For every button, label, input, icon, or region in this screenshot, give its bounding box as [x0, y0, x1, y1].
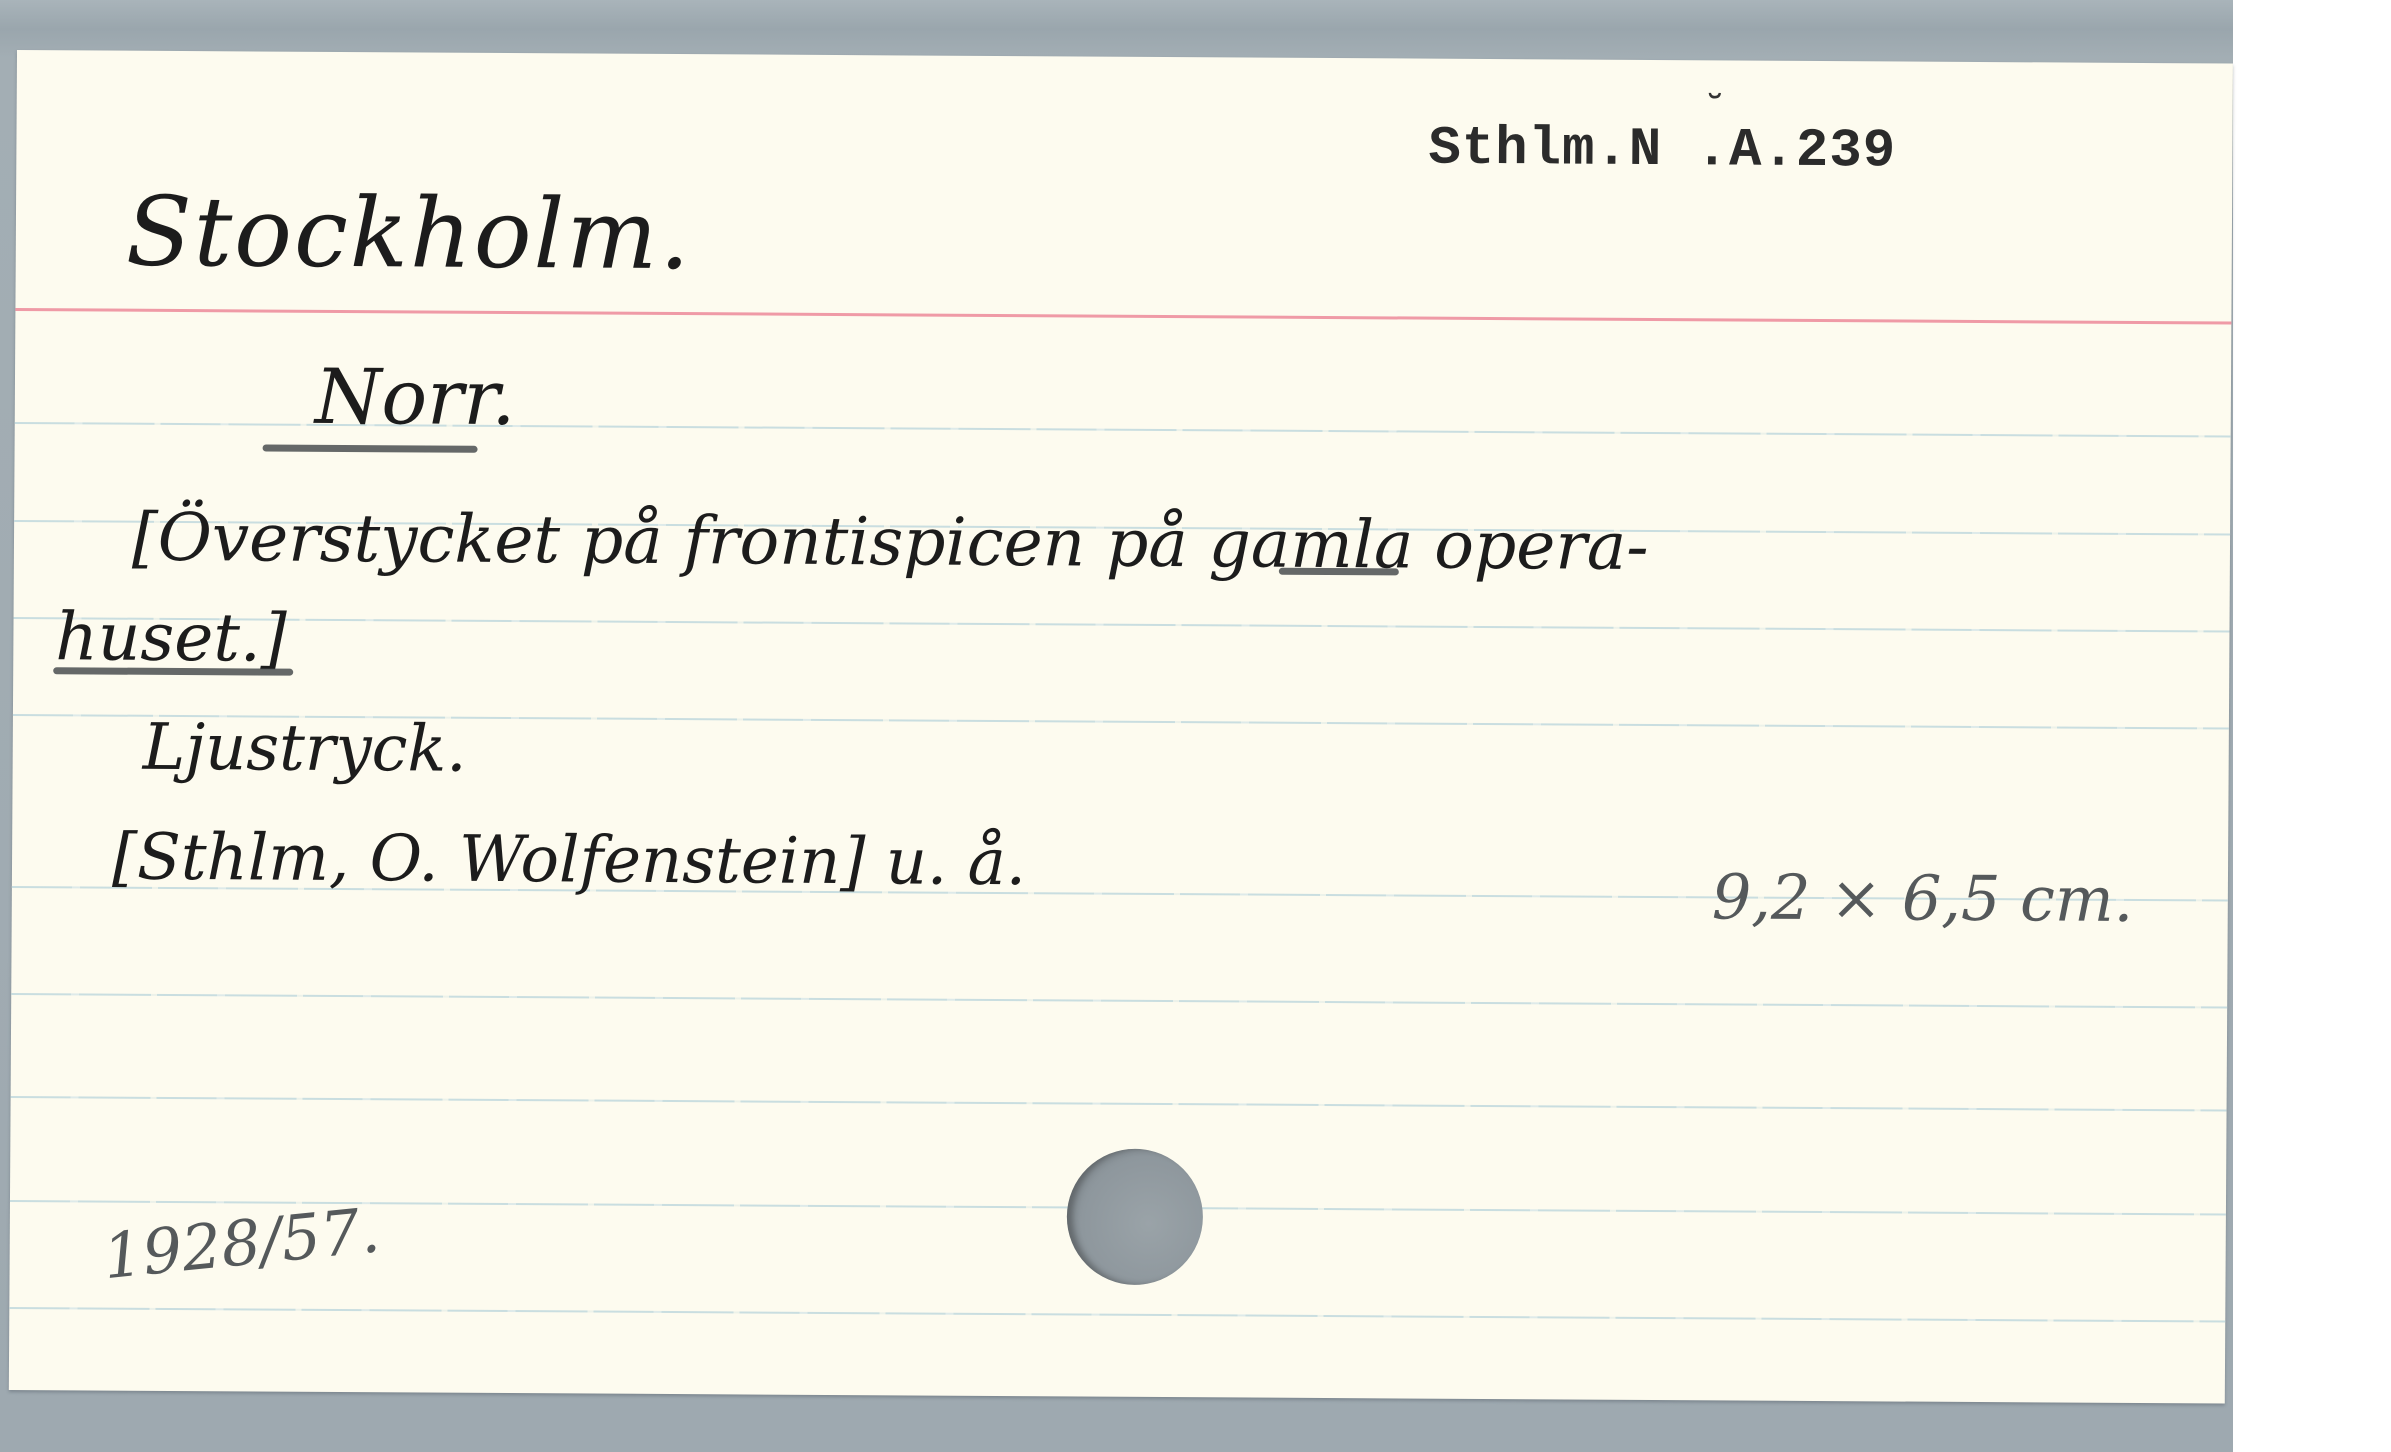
heading: Stockholm.: [126, 176, 693, 291]
catalogue-card: ˘ Sthlm.N .A.239 Stockholm. Norr. [Övers…: [9, 50, 2233, 1404]
dimensions: 9,2 × 6,5 cm.: [1712, 860, 2134, 936]
subheading-underline: [263, 445, 478, 453]
accession-number: 1928/57.: [100, 1193, 383, 1293]
punched-hole: [1066, 1148, 1203, 1285]
opera-underline: [1279, 568, 1399, 576]
huset-underline: [53, 667, 293, 675]
blue-rule: [14, 617, 2230, 633]
description-line-1: [Överstycket på frontispicen på gamla op…: [132, 499, 1649, 585]
blue-rule: [11, 1096, 2227, 1112]
subheading: Norr.: [315, 352, 516, 442]
blue-rule: [9, 1307, 2225, 1323]
header-red-rule: [15, 308, 2231, 325]
call-number: Sthlm.N .A.239: [1428, 119, 1896, 183]
description-line-2: huset.]: [55, 598, 287, 676]
imprint: [Sthlm, O. Wolfenstein] u. å.: [112, 821, 1026, 901]
medium: Ljustryck.: [143, 711, 467, 787]
blue-rule: [11, 993, 2227, 1009]
